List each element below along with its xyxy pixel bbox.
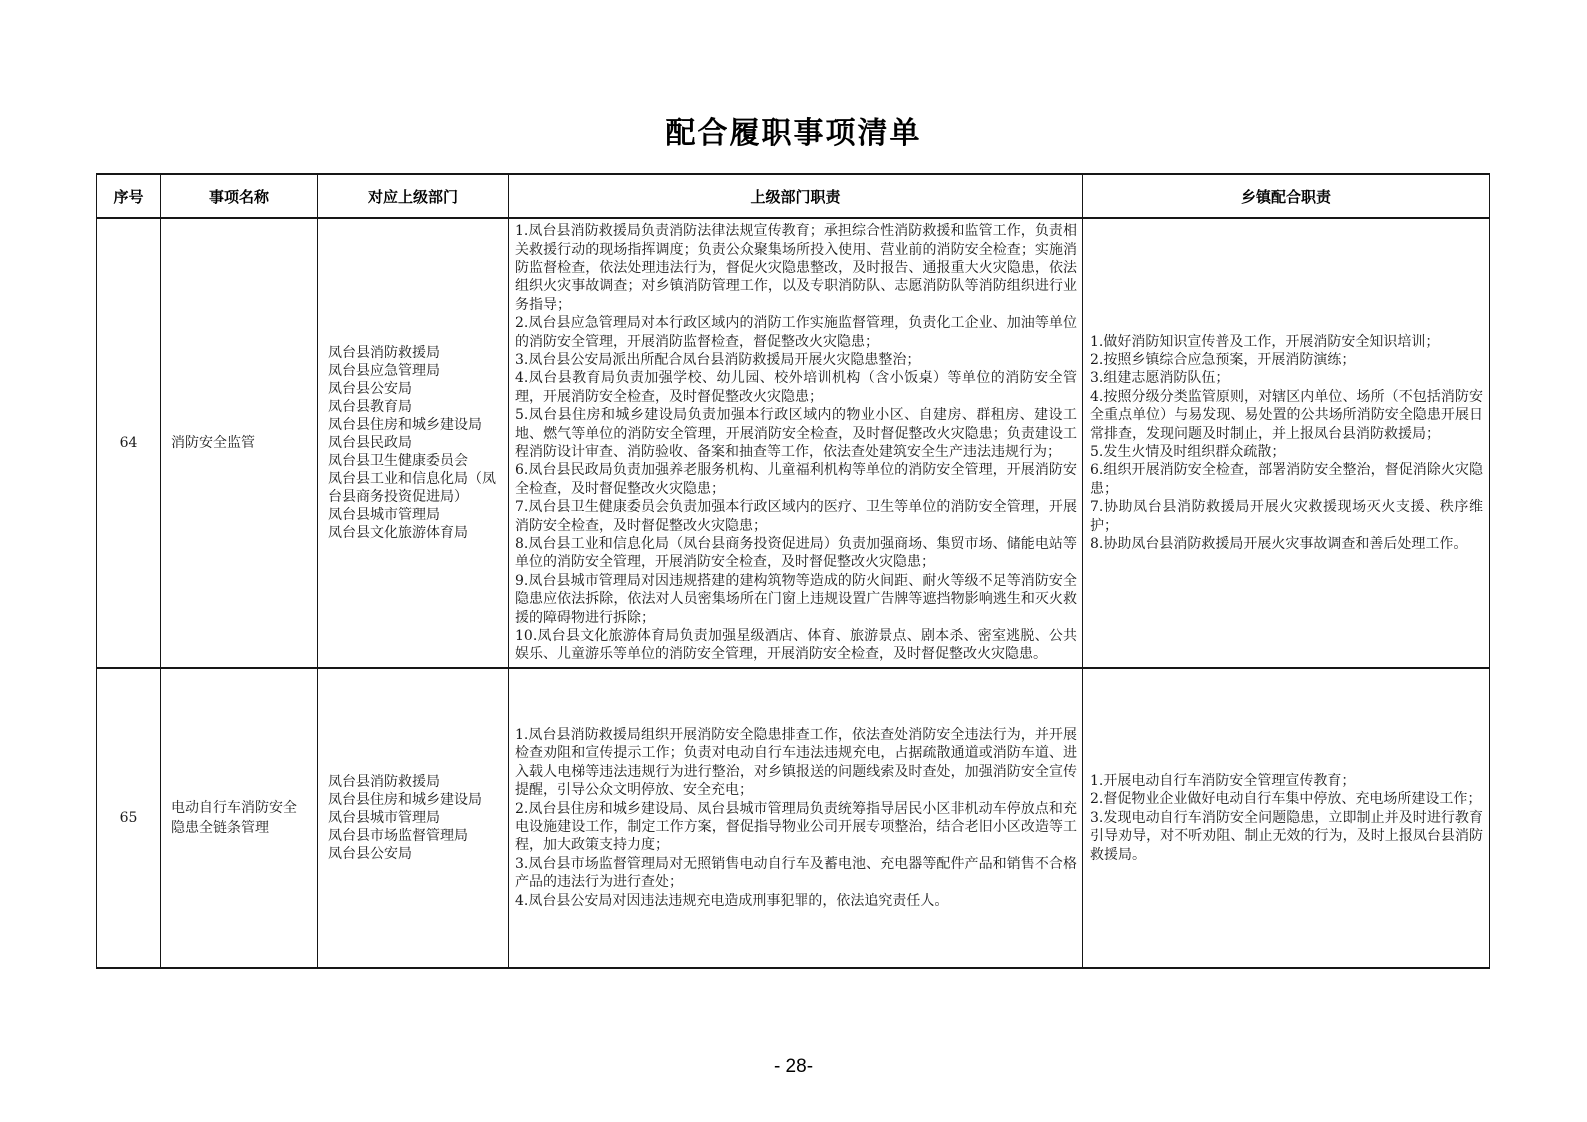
header-superior-duties: 上级部门职责 [509, 174, 1083, 218]
page-number: - 28- [0, 1056, 1587, 1078]
row-superior-duties: 1.凤台县消防救援局负责消防法律法规宣传教育；承担综合性消防救援和监管工作，负责… [509, 218, 1083, 668]
table-row: 65 电动自行车消防安全隐患全链条管理 凤台县消防救援局 凤台县住房和城乡建设局… [97, 668, 1490, 968]
header-seq: 序号 [97, 174, 161, 218]
row-township-duties: 1.开展电动自行车消防安全管理宣传教育； 2.督促物业企业做好电动自行车集中停放… [1083, 668, 1490, 968]
row-departments: 凤台县消防救援局 凤台县住房和城乡建设局 凤台县城市管理局 凤台县市场监督管理局… [318, 668, 509, 968]
row-item-name: 消防安全监管 [161, 218, 318, 668]
row-township-duties: 1.做好消防知识宣传普及工作，开展消防安全知识培训； 2.按照乡镇综合应急预案，… [1083, 218, 1490, 668]
row-seq: 65 [97, 668, 161, 968]
row-seq: 64 [97, 218, 161, 668]
page-title: 配合履职事项清单 [0, 108, 1587, 152]
row-item-name: 电动自行车消防安全隐患全链条管理 [161, 668, 318, 968]
table-row: 64 消防安全监管 凤台县消防救援局 凤台县应急管理局 凤台县公安局 凤台县教育… [97, 218, 1490, 668]
header-township-duties: 乡镇配合职责 [1083, 174, 1490, 218]
row-superior-duties: 1.凤台县消防救援局组织开展消防安全隐患排查工作，依法查处消防安全违法行为，并开… [509, 668, 1083, 968]
row-departments: 凤台县消防救援局 凤台县应急管理局 凤台县公安局 凤台县教育局 凤台县住房和城乡… [318, 218, 509, 668]
header-item-name: 事项名称 [161, 174, 318, 218]
duty-list-table: 序号 事项名称 对应上级部门 上级部门职责 乡镇配合职责 64 消防安全监管 凤… [96, 173, 1490, 969]
header-departments: 对应上级部门 [318, 174, 509, 218]
table-header-row: 序号 事项名称 对应上级部门 上级部门职责 乡镇配合职责 [97, 174, 1490, 218]
